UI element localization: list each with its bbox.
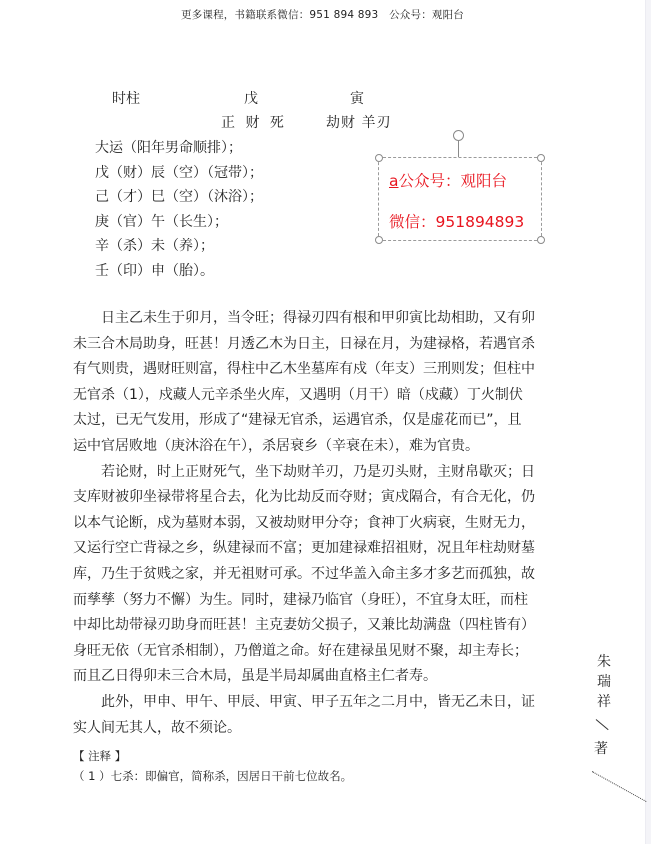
hour-pillar-label: 时柱 [112, 88, 140, 108]
author-separator [596, 719, 609, 730]
contact-banner: 更多课程，书籍联系微信：951 894 893 公众号：观阳台 [0, 7, 645, 22]
hour-stem: 戊 [244, 88, 258, 108]
author-name: 朱 瑞 祥 [594, 652, 614, 712]
body-line: 身旺无依（无官杀相制），乃僧道之命。好在建禄虽见财不聚，却主寿长； [73, 639, 583, 665]
textbox-wechat-id-line[interactable]: 微信：951894893 [389, 210, 524, 232]
luck-pillar-item: 己（才）巳（空）（沐浴）； [95, 185, 263, 210]
body-line: 而且乙日得卯未三合木局，虽是半局却属曲直格主仁者寿。 [73, 664, 583, 690]
scrollbar-track[interactable] [645, 0, 651, 844]
body-line: 未三合木局助身，旺甚！月透乙木为日主，日禄在月，为建禄格，若遇官杀 [73, 332, 583, 358]
body-line: 运中官居败地（庚沐浴在午），杀居衰乡（辛衰在未），难为官贵。 [73, 434, 583, 460]
resize-handle-bottom-left[interactable] [375, 236, 383, 244]
luck-pillar-item: 庚（官）午（长生）； [95, 210, 263, 235]
resize-handle-top-left[interactable] [375, 154, 383, 162]
luck-pillar-item: 辛（杀）未（养）； [95, 234, 263, 259]
rotate-handle[interactable] [453, 130, 464, 141]
textbox-official-account: 公众号：观阳台 [399, 172, 508, 190]
rotate-handle-stem [458, 141, 459, 157]
body-line: 支库财被卯坐禄带将星合去，化为比劫反而夺财；寅戍隔合，有合无化，仍 [73, 485, 583, 511]
body-line: 以本气论断，戍为墓财本弱，又被劫财甲分夺；食神丁火病衰，生财无力， [73, 511, 583, 537]
resize-handle-bottom-right[interactable] [537, 236, 545, 244]
body-line: 太过，已无气发用，形成了“建禄无官杀，运遇官杀，仅是虚花而已”，且 [73, 408, 583, 434]
luck-pillar-item: 戊（财）辰（空）（冠带）； [95, 161, 263, 186]
body-line: 若论财，时上正财死气，坐下劫财羊刃，乃是刃头财，主财帛歇灭；日 [73, 460, 583, 486]
author-role: 著 [594, 738, 608, 758]
resize-handle-top-right[interactable] [537, 154, 545, 162]
decorative-dotted-line [592, 771, 647, 802]
luck-pillars-list: 大运（阳年男命顺排）； 戊（财）辰（空）（冠带）； 己（才）巳（空）（沐浴）； … [95, 136, 263, 283]
body-line: 实人间无其人，故不须论。 [73, 716, 583, 742]
textbox-wechat-official-line[interactable]: a公众号：观阳台 [389, 169, 507, 191]
author-char: 朱 [594, 652, 614, 672]
body-line: 而孳孳（努力不懈）为生。同时，建禄乃临官（身旺），不宜身太旺，而柱 [73, 588, 583, 614]
notes-heading: 【 注释 】 [73, 748, 126, 764]
body-line: 中却比劫带禄刃助身而旺甚！主克妻妨父损子，又兼比劫满盘（四柱皆有） [73, 613, 583, 639]
selected-textbox[interactable]: a公众号：观阳台 微信：951894893 [378, 157, 542, 241]
body-line: 有气则贵，遇财旺则富，得柱中乙木坐墓库有戍（年支）三刑则发；但柱中 [73, 357, 583, 383]
textbox-cursor-char: a [389, 172, 399, 190]
note-item: （ 1 ）七杀：即偏官，简称杀，因居日干前七位故名。 [73, 768, 352, 784]
body-line: 又运行空亡背禄之乡，纵建禄而不富；更加建禄难招祖财，况且年柱劫财墓 [73, 536, 583, 562]
stem-ten-god: 正 财 死 [221, 112, 287, 132]
author-char: 瑞 [594, 672, 614, 692]
author-char: 祥 [594, 692, 614, 712]
body-line: 此外，甲申、甲午、甲辰、甲寅、甲子五年之二月中，皆无乙未日，证 [73, 690, 583, 716]
luck-pillar-item: 壬（印）申（胎）。 [95, 259, 263, 284]
body-text: 日主乙未生于卯月，当令旺；得禄刃四有根和甲卯寅比劫相助，又有卯 未三合木局助身，… [73, 306, 583, 741]
body-line: 日主乙未生于卯月，当令旺；得禄刃四有根和甲卯寅比劫相助，又有卯 [73, 306, 583, 332]
branch-ten-god: 劫财 羊刃 [326, 112, 391, 132]
hour-branch: 寅 [350, 88, 364, 108]
body-line: 库，乃生于贫贱之家，并无祖财可承。不过华盖入命主多才多艺而孤独，故 [73, 562, 583, 588]
body-line: 无官杀（1），戍藏人元辛杀坐火库，又遇明（月干）暗（戍藏）丁火制伏 [73, 383, 583, 409]
luck-pillars-title: 大运（阳年男命顺排）； [95, 136, 263, 161]
